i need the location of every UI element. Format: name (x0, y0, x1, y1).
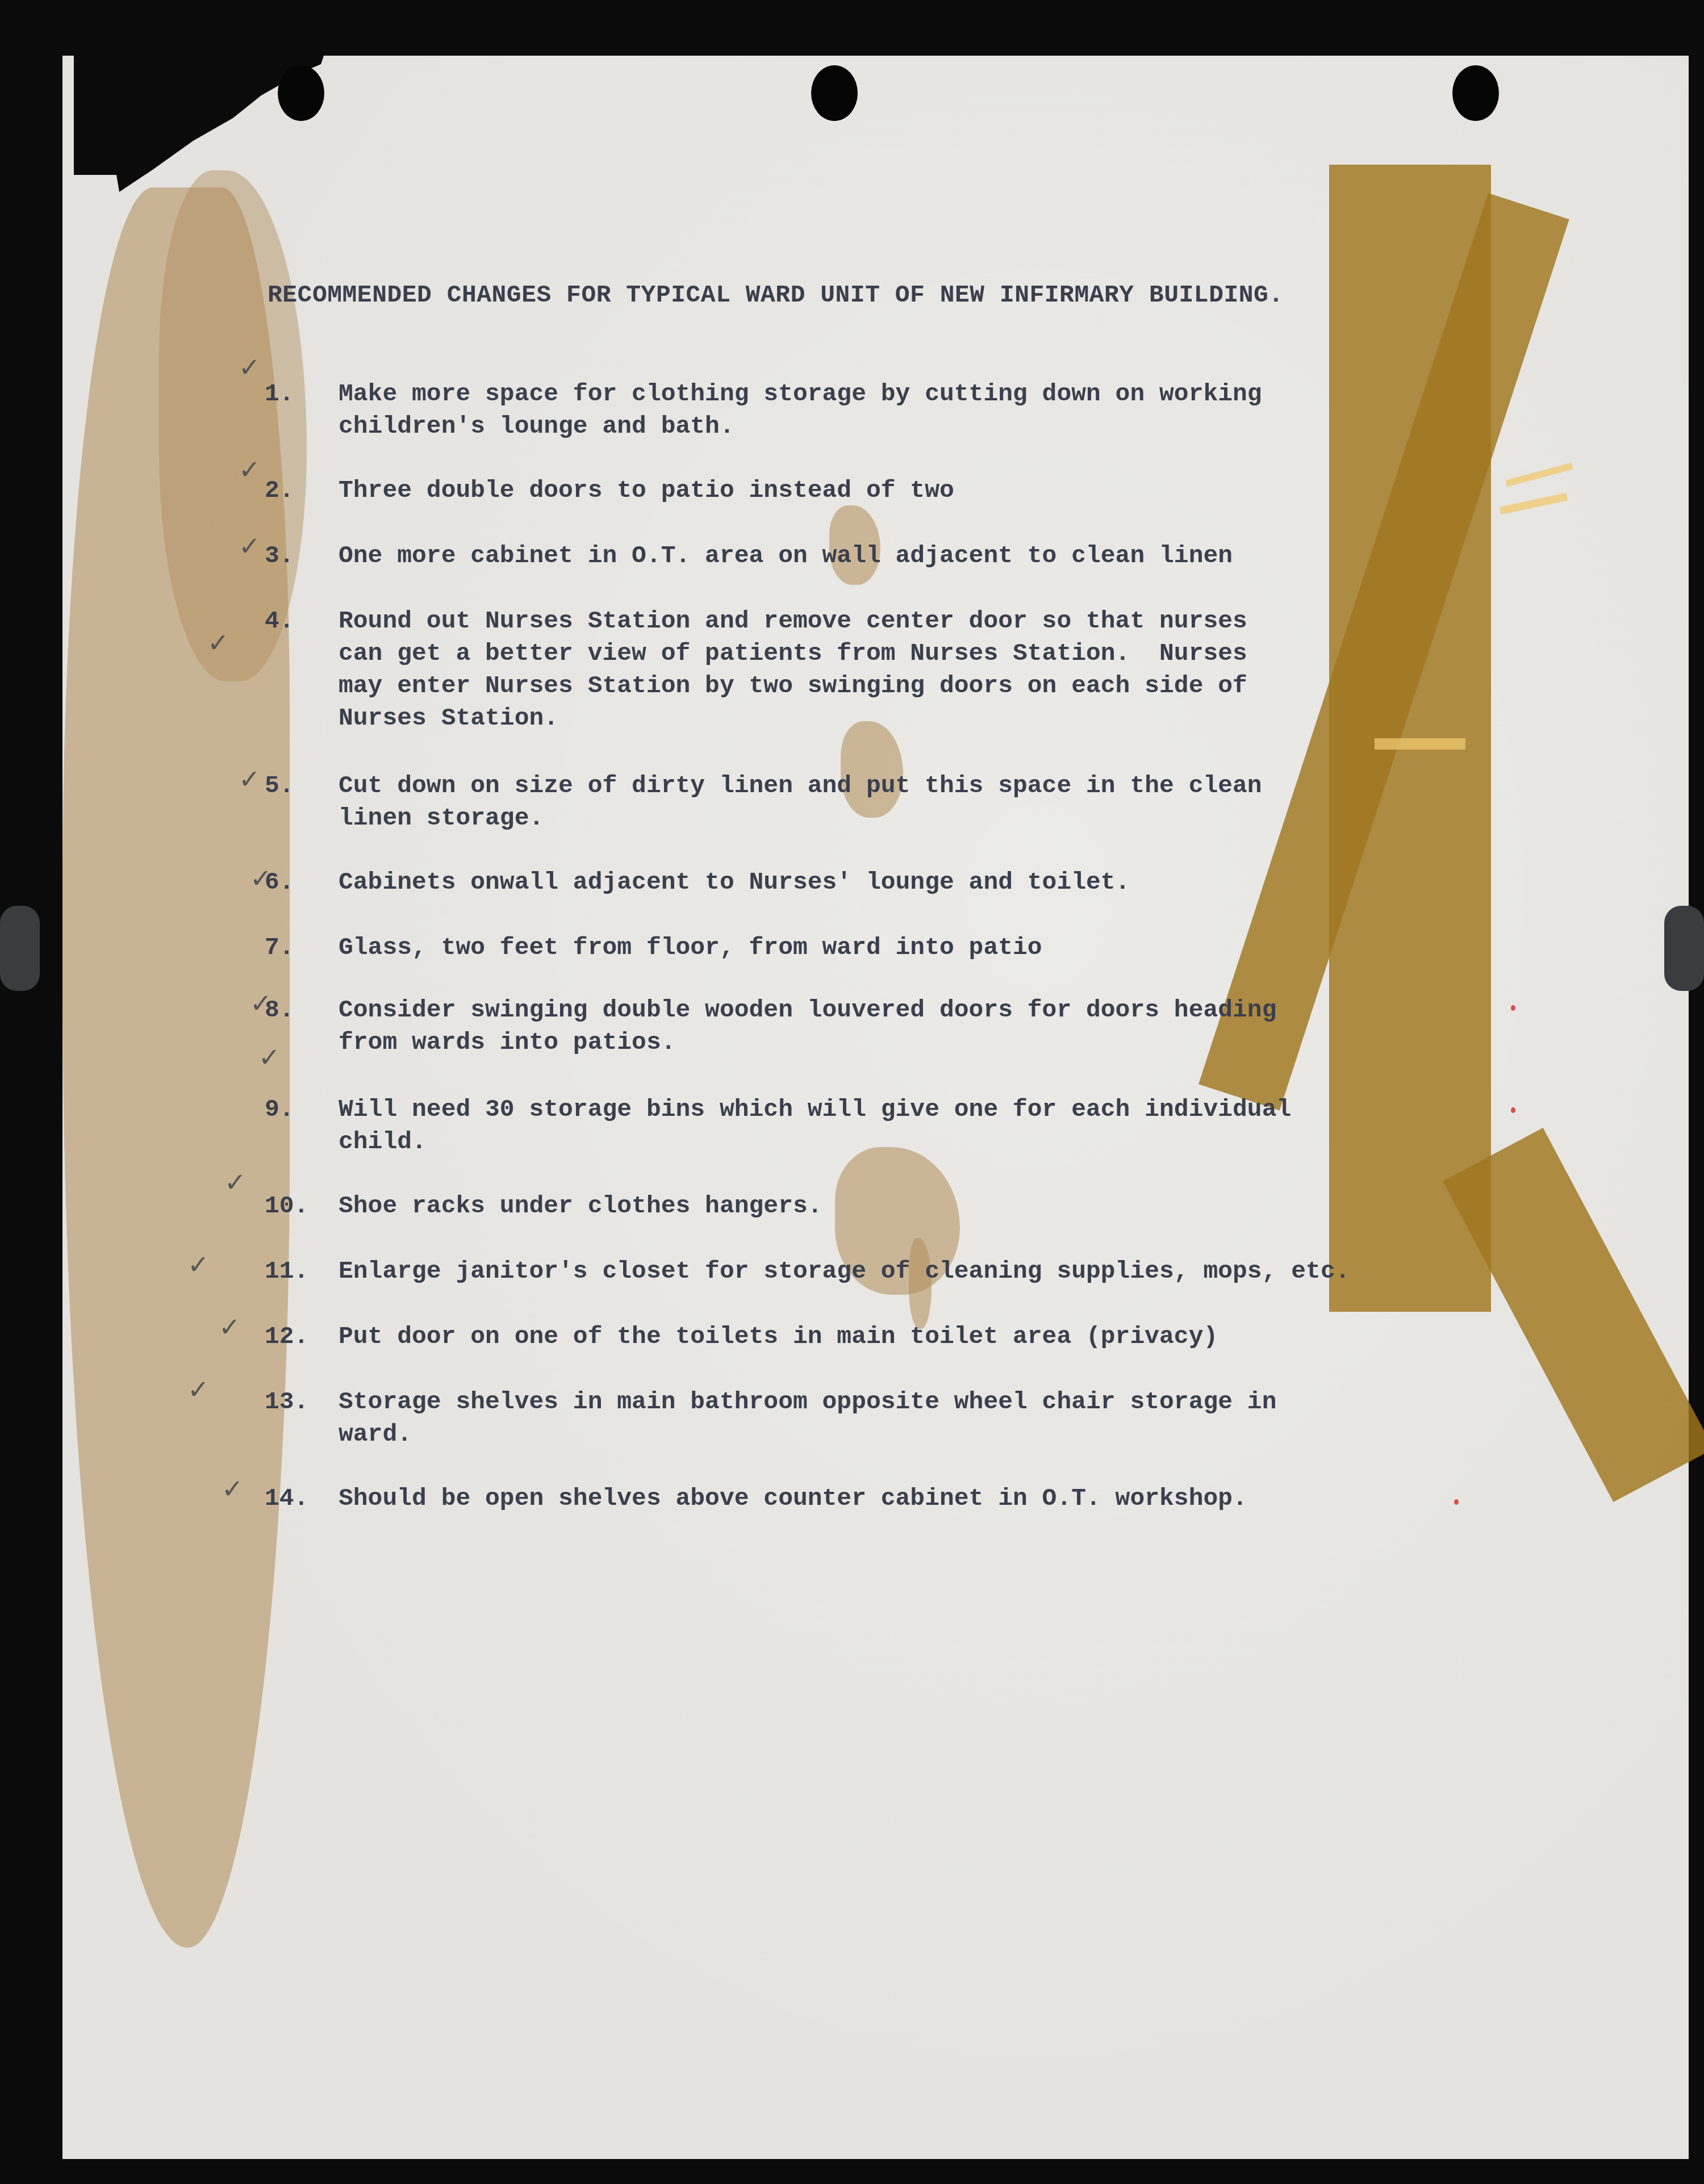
item-number: 9. (265, 1093, 327, 1126)
mount-clip-left (0, 906, 40, 991)
item-text: Storage shelves in main bathroom opposit… (339, 1386, 1276, 1450)
punch-hole-center (811, 65, 858, 121)
item-number: 1. (265, 378, 327, 410)
item-text: Cut down on size of dirty linen and put … (339, 769, 1262, 834)
item-text: Make more space for clothing storage by … (339, 378, 1262, 442)
item-text: Enlarge janitor's closet for storage of … (339, 1255, 1350, 1287)
item-number: 14. (265, 1482, 327, 1514)
item-number: 7. (265, 931, 327, 964)
check-mark-icon: ✓ (187, 1249, 210, 1280)
red-mark (1511, 1005, 1515, 1011)
item-number: 6. (265, 866, 327, 898)
check-mark-icon: ✓ (222, 1474, 244, 1504)
item-number: 13. (265, 1386, 327, 1418)
item-number: 5. (265, 769, 327, 802)
item-text: Three double doors to patio instead of t… (339, 474, 954, 507)
check-mark-icon: ✓ (187, 1374, 210, 1405)
item-number: 8. (265, 994, 327, 1026)
item-number: 3. (265, 539, 327, 572)
item-number: 12. (265, 1320, 327, 1353)
check-mark-icon: ✓ (239, 352, 261, 383)
item-text: Glass, two feet from floor, from ward in… (339, 931, 1042, 964)
check-mark-icon: ✓ (239, 531, 261, 562)
mount-clip-right (1664, 906, 1704, 991)
check-mark-icon: ✓ (207, 627, 229, 658)
item-text: Shoe racks under clothes hangers. (339, 1190, 822, 1222)
red-mark (1454, 1499, 1459, 1505)
check-mark-icon: ✓ (239, 454, 261, 485)
item-text: Will need 30 storage bins which will giv… (339, 1093, 1291, 1158)
item-text: Consider swinging double wooden louvered… (339, 994, 1276, 1058)
check-mark-icon: ✓ (224, 1167, 247, 1198)
item-number: 2. (265, 474, 327, 507)
item-text: Should be open shelves above counter cab… (339, 1482, 1247, 1514)
item-text: Put door on one of the toilets in main t… (339, 1320, 1218, 1353)
item-text: Cabinets onwall adjacent to Nurses' loun… (339, 866, 1130, 898)
document-title: RECOMMENDED CHANGES FOR TYPICAL WARD UNI… (268, 281, 1284, 309)
item-number: 10. (265, 1190, 327, 1222)
item-text: Round out Nurses Station and remove cent… (339, 605, 1247, 734)
punch-hole-right (1452, 65, 1499, 121)
red-mark (1511, 1107, 1515, 1113)
tape-highlight-3 (1375, 738, 1465, 750)
check-mark-icon: ✓ (258, 1042, 281, 1073)
punch-hole-left (278, 65, 324, 121)
check-mark-icon: ✓ (219, 1312, 241, 1342)
item-text: One more cabinet in O.T. area on wall ad… (339, 539, 1233, 572)
item-number: 11. (265, 1255, 327, 1287)
check-mark-icon: ✓ (239, 764, 261, 794)
item-number: 4. (265, 605, 327, 637)
